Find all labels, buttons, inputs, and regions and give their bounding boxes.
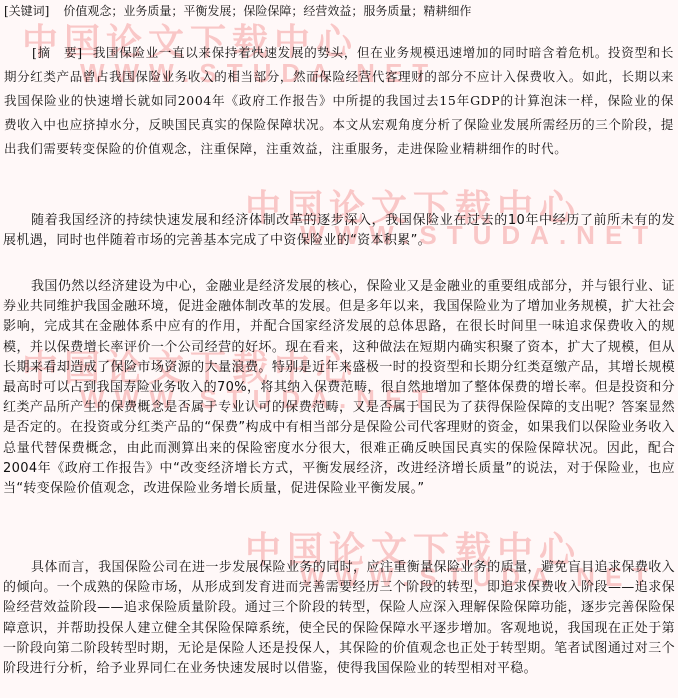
keywords-line: [关键词]价值观念；业务质量；平衡发展；保险保障；经营效益；服务质量；精耕细作 <box>4 3 471 19</box>
abstract-paragraph: [摘 要]我国保险业一直以来保持着快速发展的势头，但在业务规模迅速增加的同时暗含… <box>4 41 674 161</box>
abstract-text: 我国保险业一直以来保持着快速发展的势头，但在业务规模迅速增加的同时暗含着危机。投… <box>4 45 674 156</box>
body-paragraph-3: 具体而言，我国保险公司在进一步发展保险业务的同时，应注重衡量保险业务的质量，避免… <box>3 558 675 679</box>
body-paragraph-1: 随着我国经济的持续快速发展和经济体制改革的逐步深入，我国保险业在过去的10年中经… <box>3 211 675 251</box>
keywords-label: [关键词] <box>4 4 49 18</box>
abstract-label: [摘 要] <box>32 45 83 60</box>
keywords-text: 价值观念；业务质量；平衡发展；保险保障；经营效益；服务质量；精耕细作 <box>63 4 471 18</box>
body-paragraph-2: 我国仍然以经济建设为中心，金融业是经济发展的核心，保险业又是金融业的重要组成部分… <box>3 277 675 499</box>
